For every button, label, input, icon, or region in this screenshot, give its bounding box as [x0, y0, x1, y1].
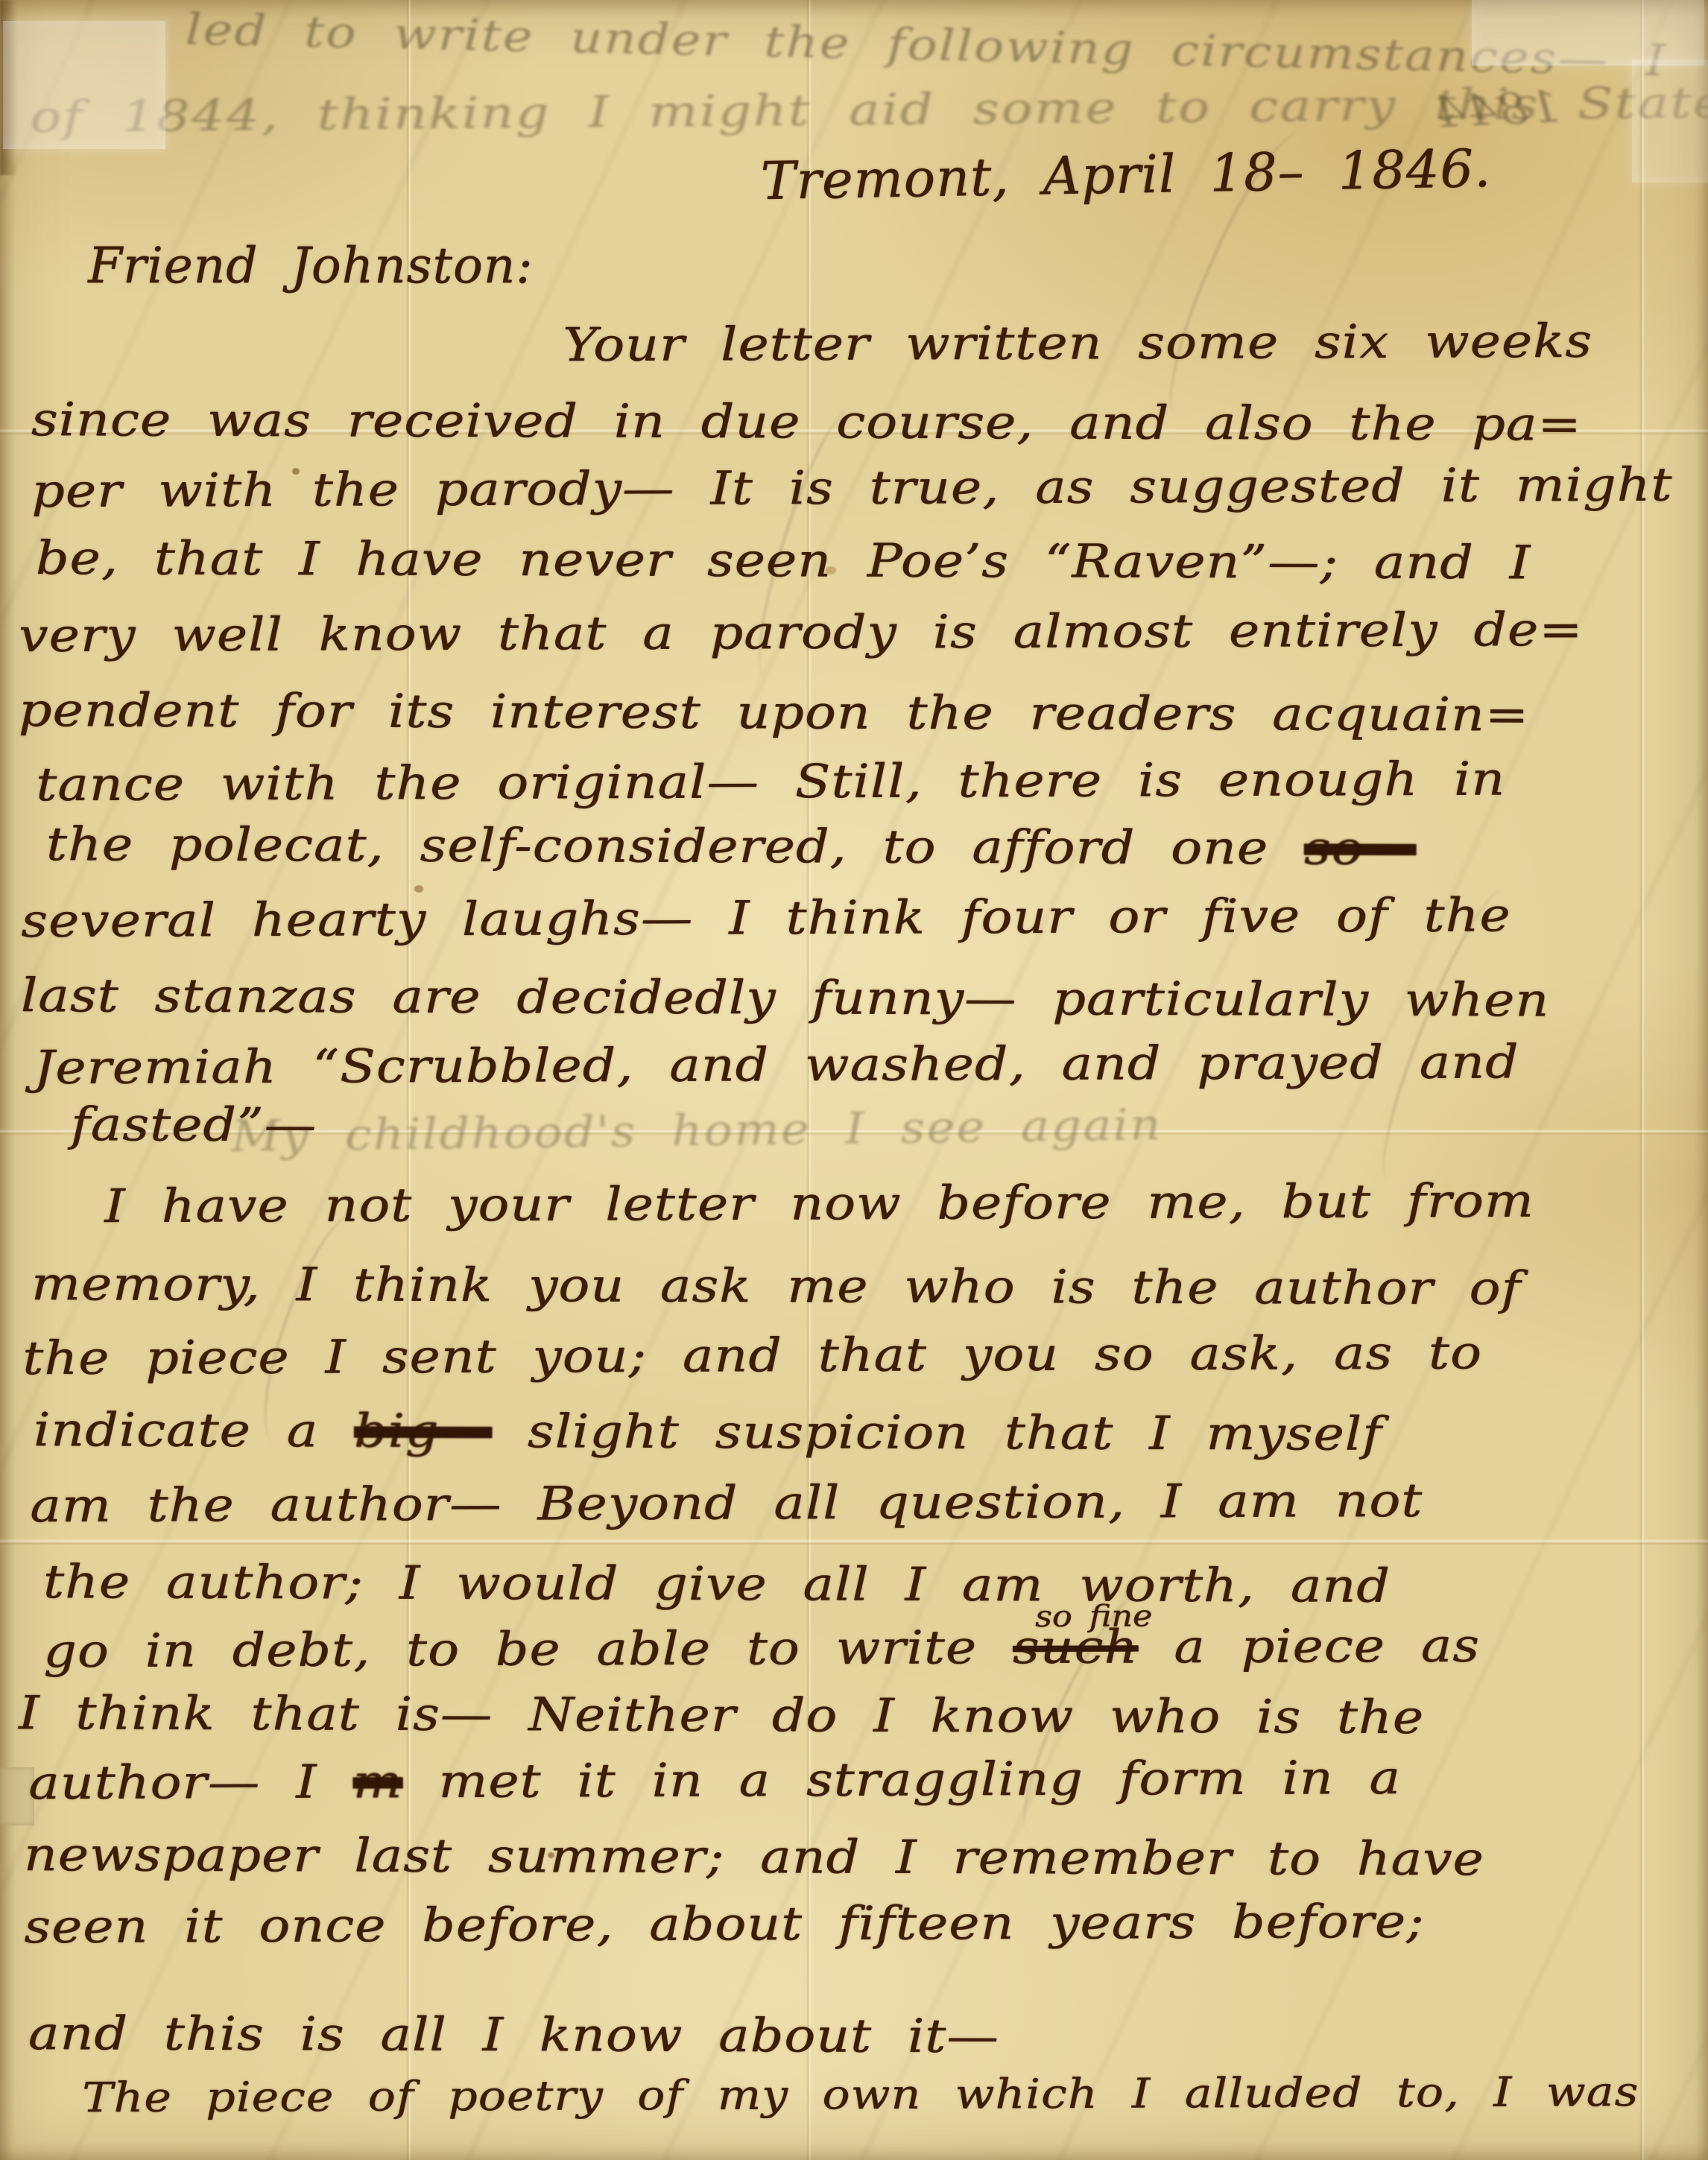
letter-line: the piece I sent you; and that you so as… [22, 1329, 1482, 1381]
fold-crease-horizontal [0, 1539, 1708, 1545]
letter-scan: led to write under the following circums… [0, 0, 1708, 2160]
line-text: author— I [28, 1754, 353, 1810]
line-text: I have not your letter now before me, bu… [104, 1174, 1534, 1233]
line-text: the author; I would give all I am worth,… [43, 1554, 1391, 1613]
line-text: and this is all I know about it— [28, 2006, 999, 2063]
line-text: Your letter written some six weeks [563, 314, 1592, 372]
correction: so finesuch [1013, 1624, 1139, 1670]
line-text: The piece of poetry of my own which I al… [82, 2068, 1639, 2121]
letter-line: per with the parody— It is true, as sugg… [31, 461, 1672, 514]
letter-line: newspaper last summer; and I remember to… [24, 1831, 1484, 1882]
line-text: met it in a straggling form in a [402, 1750, 1401, 1808]
line-text: am the author— Beyond all question, I am… [30, 1473, 1423, 1533]
fold-crease-vertical [1639, 0, 1645, 2160]
strikethrough-text: big— [354, 1403, 492, 1458]
letter-line: I have not your letter now before me, bu… [104, 1178, 1534, 1229]
letter-line: fasted”— [71, 1101, 317, 1148]
line-text: pendent for its interest upon the reader… [19, 682, 1529, 741]
letter-line: go in debt, to be able to write so fines… [43, 1622, 1480, 1674]
letter-line: I think that is— Neither do I know who i… [19, 1690, 1424, 1741]
tape-patch [3, 21, 165, 149]
line-text: newspaper last summer; and I remember to… [24, 1827, 1484, 1886]
strikethrough-text: so— [1304, 820, 1417, 875]
letter-line: pendent for its interest upon the reader… [19, 687, 1529, 738]
line-text: the piece I sent you; and that you so as… [22, 1325, 1482, 1385]
letter-line: The piece of poetry of my own which I al… [82, 2071, 1639, 2118]
letter-line: Your letter written some six weeks [563, 318, 1592, 368]
line-text: since was received in due course, and al… [31, 392, 1582, 451]
bleed-through-text: My childhood's home I see again [231, 1103, 1163, 1158]
line-text: go in debt, to be able to write [43, 1620, 1013, 1678]
line-text: fasted”— [71, 1097, 317, 1152]
letter-line: memory, I think you ask me who is the au… [31, 1261, 1522, 1311]
letter-line: and this is all I know about it— [28, 2010, 999, 2059]
letter-dateline: Tremont, April 18– 1846. [760, 138, 1492, 212]
letter-salutation: Friend Johnston: [88, 237, 533, 294]
letter-line: since was received in due course, and al… [31, 396, 1582, 447]
line-text: a piece as [1138, 1618, 1480, 1673]
bleed-through-text-mirrored: 1844 [1432, 85, 1561, 134]
line-text: be, that I have never seen Poe’s “Raven”… [36, 531, 1531, 589]
line-text: seen it once before, about fifteen years… [24, 1894, 1425, 1954]
letter-line: author— I m met it in a straggling form … [28, 1755, 1401, 1806]
inserted-text: so fine [1035, 1602, 1152, 1632]
tape-patch [1472, 0, 1704, 66]
line-text: memory, I think you ask me who is the au… [31, 1256, 1522, 1315]
letter-line: the author; I would give all I am worth,… [43, 1559, 1391, 1609]
tape-patch [1632, 60, 1708, 183]
line-text: last stanzas are decidedly funny— partic… [21, 968, 1549, 1027]
line-text: indicate a [34, 1402, 354, 1457]
line-text: slight suspicion that I myself [492, 1404, 1382, 1461]
letter-line: seen it once before, about fifteen years… [24, 1898, 1425, 1950]
line-text: I think that is— Neither do I know who i… [19, 1685, 1424, 1744]
letter-line: very well know that a parody is almost e… [19, 606, 1583, 659]
line-text: the polecat, self-considered, to afford … [46, 817, 1304, 875]
letter-line: indicate a big— slight suspicion that I … [34, 1407, 1382, 1457]
strikethrough-text: m [352, 1754, 402, 1808]
letter-line: last stanzas are decidedly funny— partic… [21, 972, 1549, 1023]
line-text: several hearty laughs— I think four or f… [21, 887, 1511, 948]
letter-line: Jeremiah “Scrubbled, and washed, and pra… [34, 1039, 1519, 1091]
letter-line: the polecat, self-considered, to afford … [46, 821, 1416, 872]
line-text: per with the parody— It is true, as sugg… [31, 457, 1673, 518]
letter-line: several hearty laughs— I think four or f… [21, 892, 1511, 944]
letter-line: be, that I have never seen Poe’s “Raven”… [36, 535, 1531, 586]
letter-line: am the author— Beyond all question, I am… [30, 1478, 1423, 1529]
line-text: tance with the original— Still, there is… [36, 751, 1505, 811]
line-text: Jeremiah “Scrubbled, and washed, and pra… [34, 1034, 1519, 1095]
line-text: very well know that a parody is almost e… [19, 602, 1584, 662]
letter-line: tance with the original— Still, there is… [36, 756, 1505, 808]
